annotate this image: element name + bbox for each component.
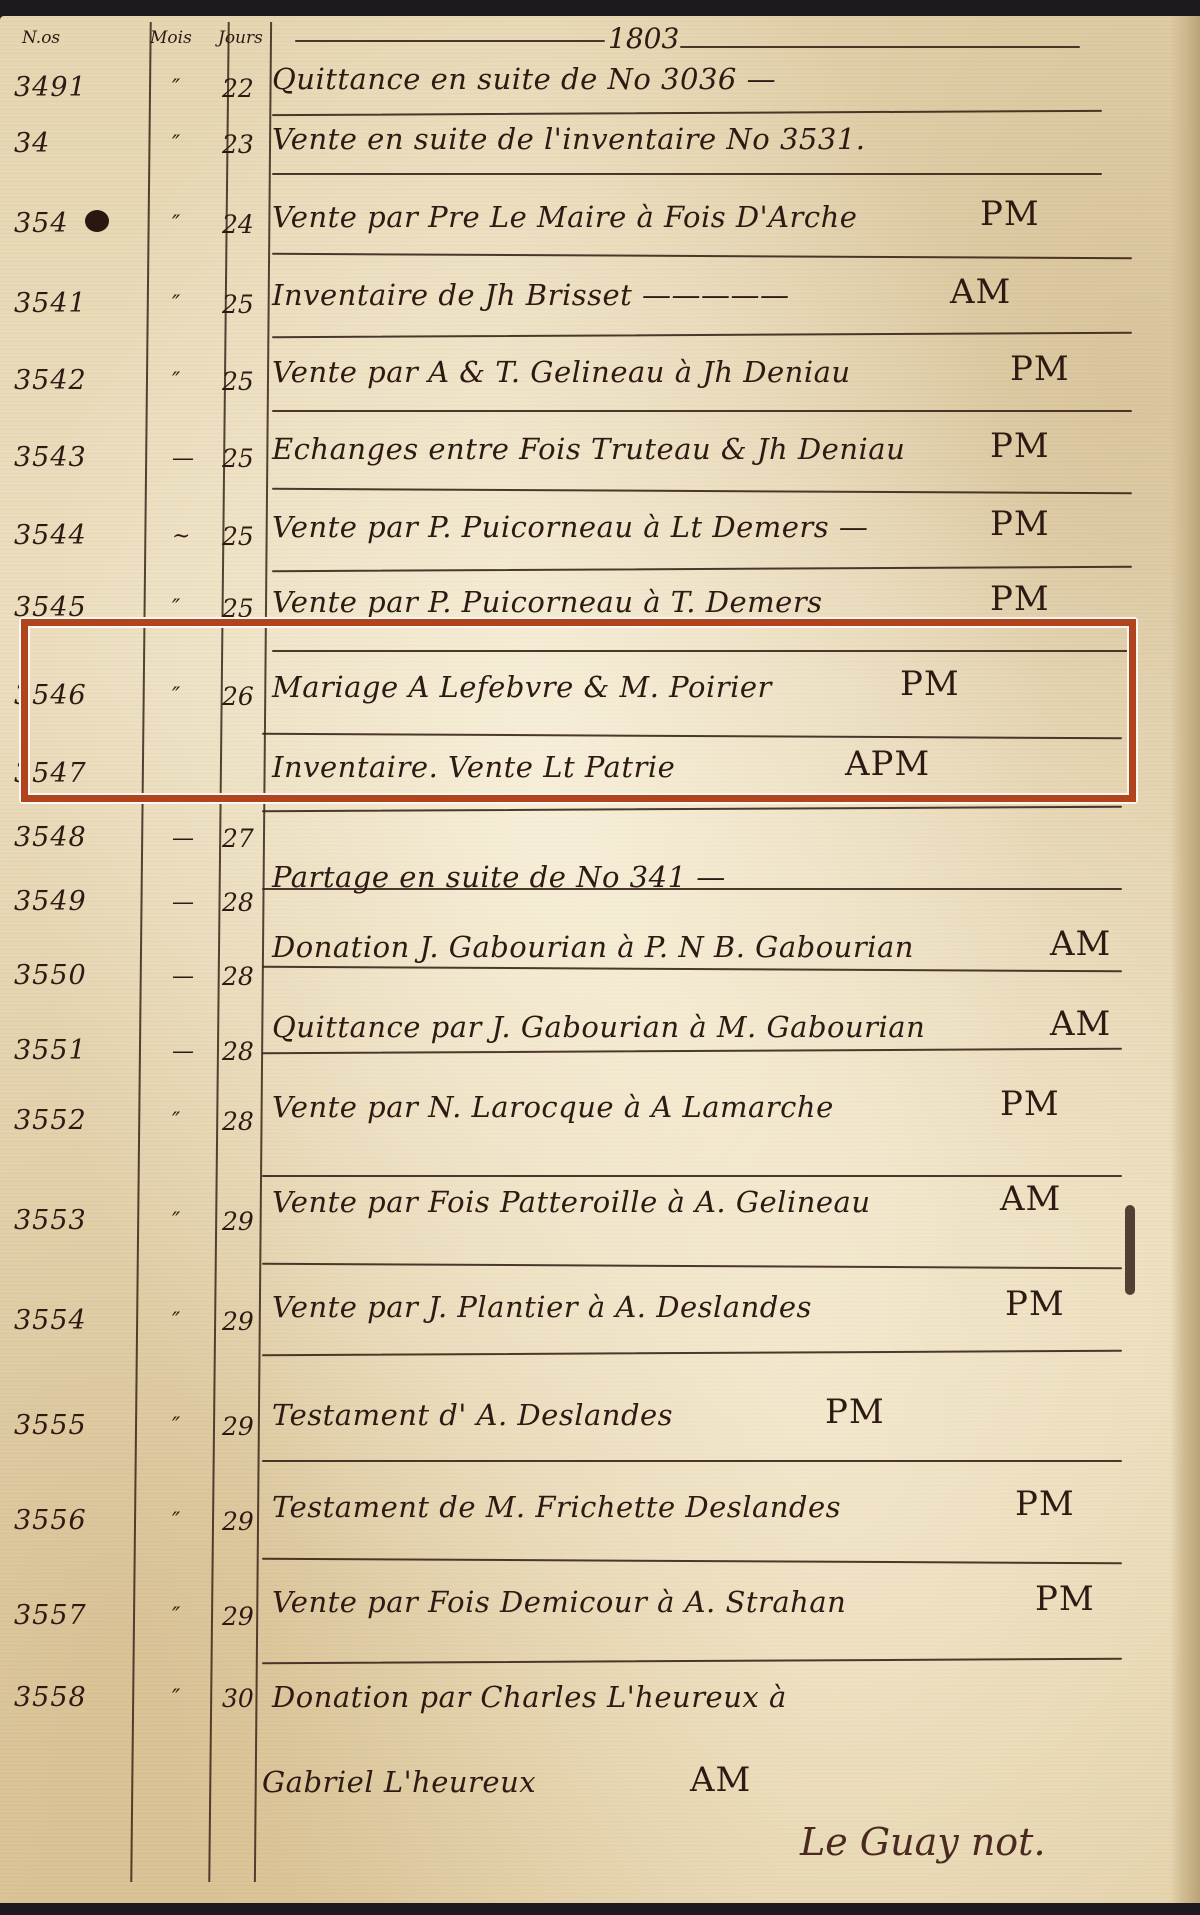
header-number: N.os bbox=[22, 28, 60, 48]
entry-number: 3555 bbox=[14, 1410, 87, 1441]
entry-description: Vente par Fois Demicour à A. Strahan bbox=[272, 1585, 846, 1619]
entry-description: Echanges entre Fois Truteau & Jh Deniau bbox=[272, 432, 905, 466]
entry-number: 3558 bbox=[14, 1682, 87, 1713]
entry-3558-time: AM bbox=[690, 1760, 751, 1800]
entry-description: Vente par P. Puicorneau à Lt Demers — bbox=[272, 510, 868, 544]
entry-time: PM bbox=[990, 426, 1050, 466]
entry-day: 28 bbox=[222, 962, 254, 991]
header-day: Jours bbox=[218, 28, 263, 48]
entry-description: Vente par N. Larocque à A Lamarche bbox=[272, 1090, 834, 1124]
page-year: 1803 bbox=[608, 22, 679, 55]
entry-number: 354 bbox=[14, 208, 69, 239]
entry-day: 29 bbox=[222, 1307, 254, 1336]
entry-description: Vente par P. Puicorneau à T. Demers bbox=[272, 585, 823, 619]
entry-month: — bbox=[172, 826, 194, 851]
ruled-line bbox=[272, 410, 1132, 412]
entry-number: 3552 bbox=[14, 1105, 87, 1136]
entry-day: 25 bbox=[222, 522, 254, 551]
entry-number: 3556 bbox=[14, 1505, 87, 1536]
entry-day: 22 bbox=[222, 74, 254, 103]
entry-month: ″ bbox=[172, 1414, 180, 1439]
ruled-line bbox=[262, 1460, 1122, 1462]
entry-description: Vente par A & T. Gelineau à Jh Deniau bbox=[272, 355, 851, 389]
entry-month: — bbox=[172, 890, 194, 915]
entry-day: 25 bbox=[222, 290, 254, 319]
entry-time: PM bbox=[990, 579, 1050, 619]
entry-day: 29 bbox=[222, 1602, 254, 1631]
entry-time: PM bbox=[1010, 349, 1070, 389]
entry-time: PM bbox=[1005, 1284, 1065, 1324]
header-rule-left bbox=[295, 40, 605, 42]
entry-month: ″ bbox=[172, 1686, 180, 1711]
entry-description: Vente par J. Plantier à A. Deslandes bbox=[272, 1290, 812, 1324]
highlight-box bbox=[19, 617, 1138, 804]
entry-description: Quittance par J. Gabourian à M. Gabouria… bbox=[272, 1010, 925, 1044]
entry-day: 27 bbox=[222, 824, 254, 853]
entry-time: AM bbox=[1000, 1179, 1061, 1219]
entry-number: 3550 bbox=[14, 960, 87, 991]
entry-description: Inventaire de Jh Brisset ————— bbox=[272, 278, 790, 312]
entry-number: 3544 bbox=[14, 520, 87, 551]
ruled-line bbox=[262, 1175, 1122, 1177]
entry-month: — bbox=[172, 964, 194, 989]
entry-time: PM bbox=[990, 504, 1050, 544]
entry-description: Testament d' A. Deslandes bbox=[272, 1398, 673, 1432]
entry-month: ″ bbox=[172, 1509, 180, 1534]
entry-time: PM bbox=[1000, 1084, 1060, 1124]
entry-number: 3553 bbox=[14, 1205, 87, 1236]
entry-number: 3549 bbox=[14, 886, 87, 917]
entry-description: Donation par Charles L'heureux à bbox=[272, 1680, 787, 1714]
entry-number: 3542 bbox=[14, 365, 87, 396]
ink-mark-margin bbox=[1125, 1205, 1135, 1295]
entry-time: PM bbox=[1035, 1579, 1095, 1619]
ink-blot bbox=[85, 210, 109, 232]
entry-number: 3543 bbox=[14, 442, 87, 473]
entry-number: 34 bbox=[14, 128, 50, 159]
entry-time: AM bbox=[1050, 1004, 1111, 1044]
entry-day: 23 bbox=[222, 130, 254, 159]
entry-month: ″ bbox=[172, 292, 180, 317]
entry-month: — bbox=[172, 1039, 194, 1064]
entry-number: 3491 bbox=[14, 72, 87, 103]
entry-description: Testament de M. Frichette Deslandes bbox=[272, 1490, 841, 1524]
entry-description: Partage en suite de No 341 — bbox=[272, 860, 726, 894]
entry-number: 3551 bbox=[14, 1035, 87, 1066]
ruled-line bbox=[272, 173, 1102, 175]
entry-description: Donation J. Gabourian à P. N B. Gabouria… bbox=[272, 930, 914, 964]
entry-month: ″ bbox=[172, 1309, 180, 1334]
entry-3558-continuation: Gabriel L'heureux bbox=[262, 1765, 536, 1799]
entry-description: Quittance en suite de No 3036 — bbox=[272, 62, 776, 96]
entry-time: AM bbox=[950, 272, 1011, 312]
header-rule-right bbox=[680, 46, 1080, 48]
entry-day: 25 bbox=[222, 444, 254, 473]
entry-month: ″ bbox=[172, 212, 180, 237]
entry-day: 28 bbox=[222, 1107, 254, 1136]
page-edge bbox=[1170, 16, 1200, 1906]
entry-day: 30 bbox=[222, 1684, 254, 1713]
entry-time: PM bbox=[1015, 1484, 1075, 1524]
entry-month: — bbox=[172, 446, 194, 471]
entry-number: 3557 bbox=[14, 1600, 87, 1631]
entry-day: 29 bbox=[222, 1507, 254, 1536]
entry-description: Vente par Fois Patteroille à A. Gelineau bbox=[272, 1185, 871, 1219]
entry-day: 29 bbox=[222, 1412, 254, 1441]
highlight-border bbox=[21, 619, 1136, 802]
entry-time: PM bbox=[980, 194, 1040, 234]
entry-description: Vente par Pre Le Maire à Fois D'Arche bbox=[272, 200, 857, 234]
entry-day: 29 bbox=[222, 1207, 254, 1236]
entry-time: PM bbox=[825, 1392, 885, 1432]
notary-signature: Le Guay not. bbox=[800, 1820, 1046, 1864]
entry-day: 28 bbox=[222, 1037, 254, 1066]
entry-month: ″ bbox=[172, 369, 180, 394]
entry-month: ~ bbox=[172, 524, 190, 549]
entry-month: ″ bbox=[172, 1109, 180, 1134]
entry-number: 3541 bbox=[14, 288, 87, 319]
entry-day: 28 bbox=[222, 888, 254, 917]
entry-month: ″ bbox=[172, 1604, 180, 1629]
entry-month: ″ bbox=[172, 1209, 180, 1234]
entry-month: ″ bbox=[172, 132, 180, 157]
entry-description: Vente en suite de l'inventaire No 3531. bbox=[272, 122, 865, 156]
entry-month: ″ bbox=[172, 76, 180, 101]
entry-number: 3548 bbox=[14, 822, 87, 853]
highlight-inner-line bbox=[28, 626, 1129, 795]
header-month: Mois bbox=[150, 28, 192, 48]
entry-day: 25 bbox=[222, 367, 254, 396]
entry-number: 3554 bbox=[14, 1305, 87, 1336]
entry-day: 24 bbox=[222, 210, 254, 239]
entry-time: AM bbox=[1050, 924, 1111, 964]
scan-background bbox=[0, 1903, 1200, 1915]
